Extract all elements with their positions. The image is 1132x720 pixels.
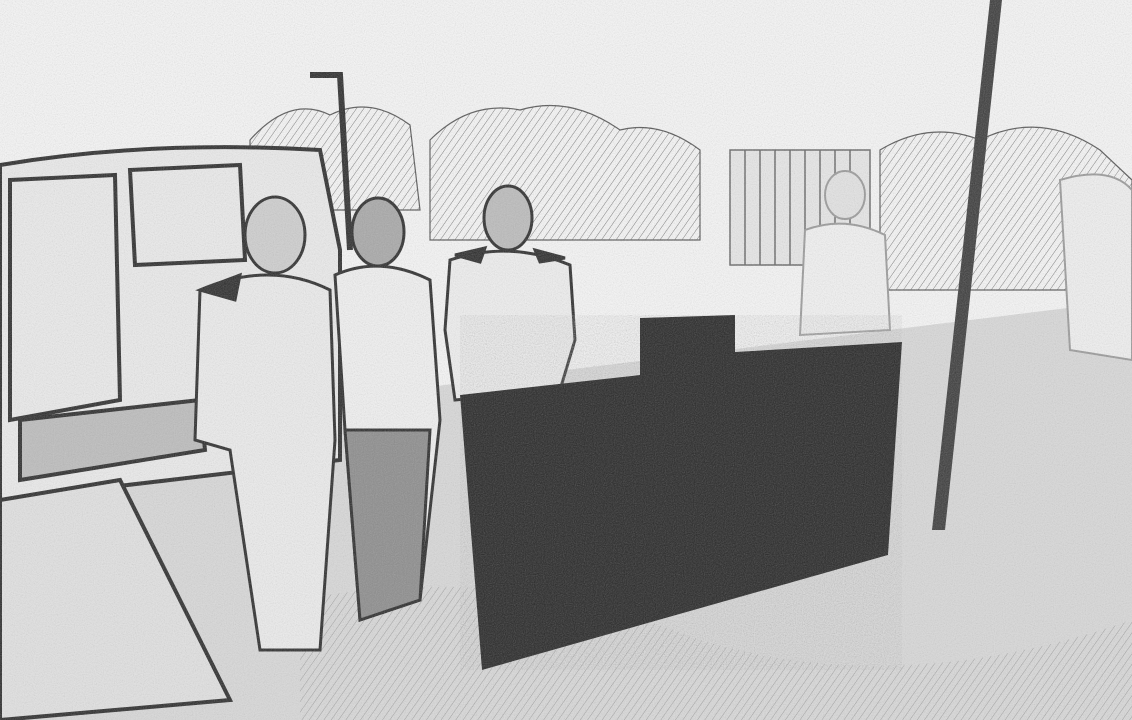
sketch-photo [0,0,1132,720]
scene-svg [0,0,1132,720]
grain-overlay [0,0,1132,720]
